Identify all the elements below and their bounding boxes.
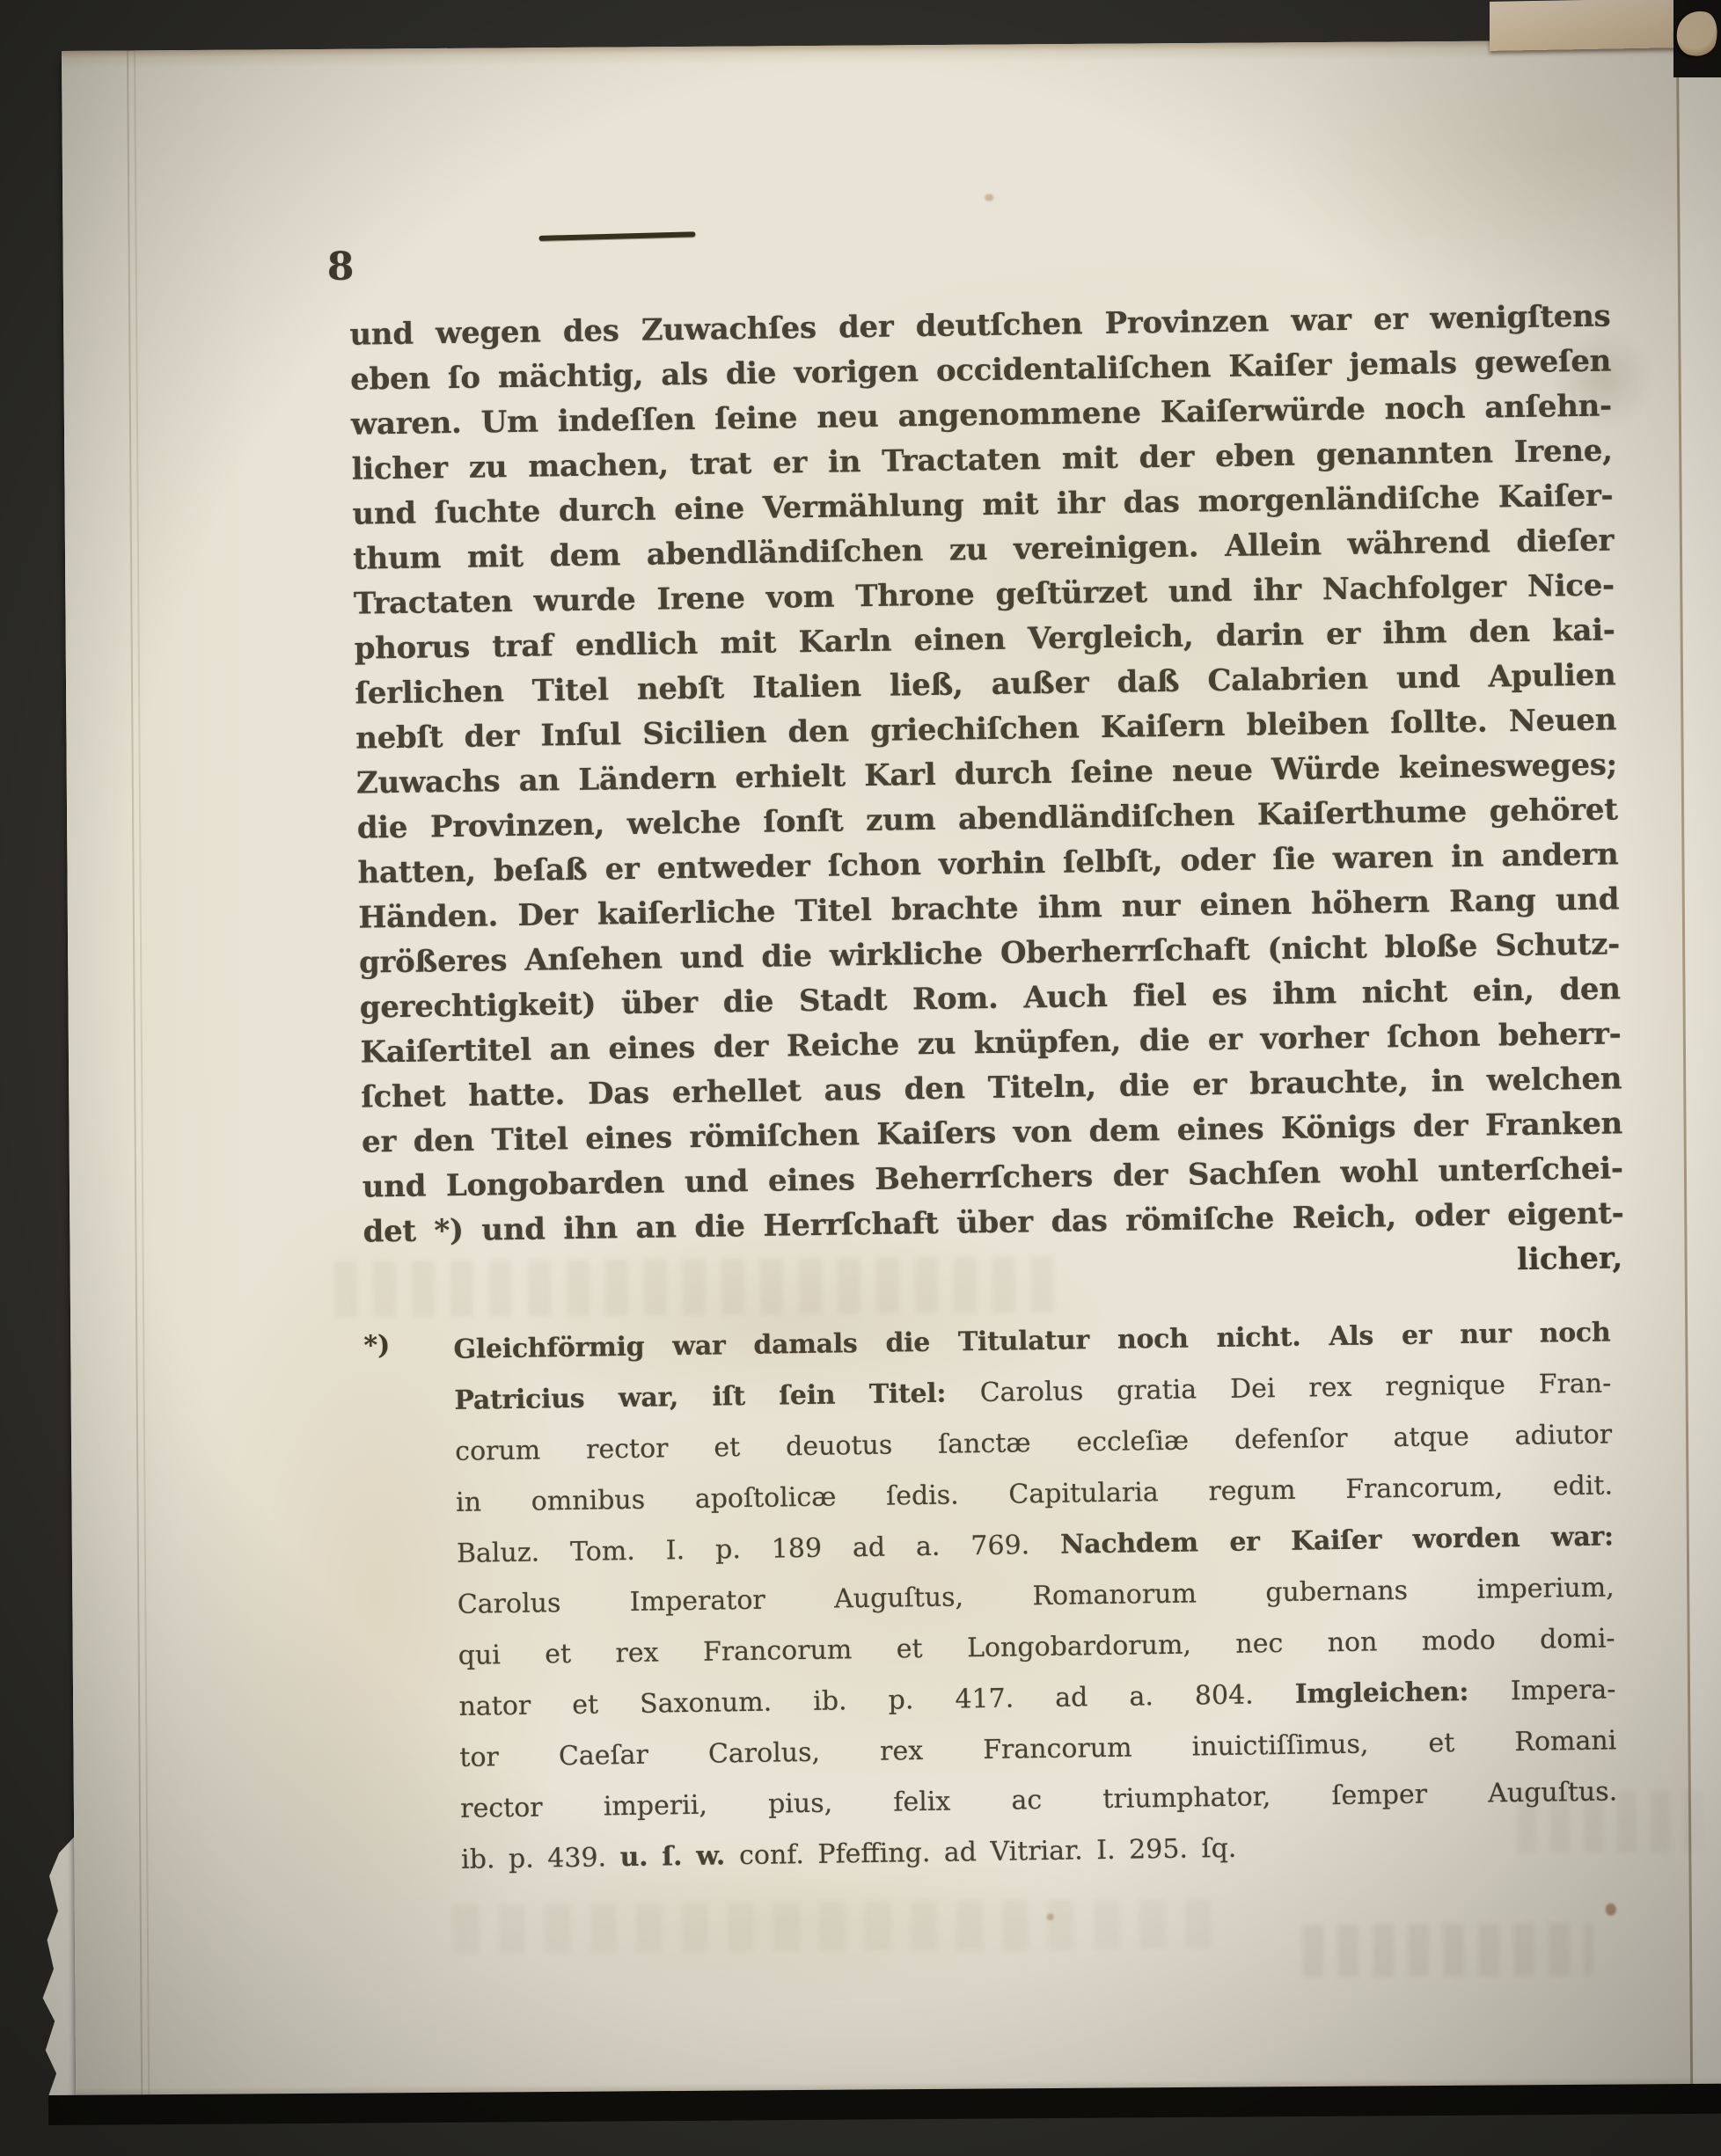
separator-rule bbox=[538, 231, 695, 241]
footnote-segment-antiqua: nator et Saxonum. ib. p. 417. ad a. 804. bbox=[458, 1679, 1295, 1722]
footnote-segment-antiqua: ib. p. 439. bbox=[461, 1842, 620, 1875]
footnote-segment-antiqua: Baluz. Tom. I. p. 189 ad a. 769. bbox=[457, 1530, 1061, 1569]
page-crease-line bbox=[1676, 40, 1693, 2089]
underlying-page-edge bbox=[26, 1830, 81, 2120]
gutter-edge-line bbox=[127, 50, 143, 2100]
footnote-segment-fraktur: Patricius war, iſt ſein Titel: bbox=[454, 1378, 980, 1416]
previous-page-corner bbox=[1490, 0, 1681, 51]
footnote-segment-antiqua: corum rector et deuotus ſanctæ eccleſiæ … bbox=[455, 1419, 1612, 1467]
main-text: und wegen des Zuwachſes der deutſchen Pr… bbox=[349, 294, 1624, 1254]
page-edge-highlight bbox=[1679, 40, 1721, 2089]
page-number: 8 bbox=[327, 245, 355, 289]
gutter-edge-line bbox=[134, 50, 150, 2100]
footnote-segment-antiqua: rector imperii, pius, felix ac triumphat… bbox=[460, 1776, 1617, 1824]
footnote-segment-antiqua: Carolus gratia Dei rex regnique Fran- bbox=[979, 1368, 1611, 1408]
fox-spot-stain bbox=[1606, 1904, 1616, 1916]
footnote-segment-fraktur: Gleichförmig war damals die Titulatur no… bbox=[453, 1317, 1610, 1365]
footnote-lines: Gleichförmig war damals die Titulatur no… bbox=[453, 1308, 1618, 1886]
show-through-stain bbox=[334, 1256, 1065, 1318]
show-through-stain bbox=[1302, 1923, 1593, 1977]
footnote: *) Gleichförmig war damals die Titulatur… bbox=[453, 1308, 1618, 1886]
fox-spot-stain bbox=[1047, 1913, 1054, 1920]
footnote-marker: *) bbox=[363, 1330, 390, 1361]
book-page: 8 und wegen des Zuwachſes der deutſchen … bbox=[62, 40, 1721, 2101]
fox-spot-stain bbox=[985, 194, 993, 201]
footnote-segment-fraktur: Imgleichen: bbox=[1295, 1676, 1512, 1710]
footnote-segment-antiqua: in omnibus apoſtolicæ ſedis. Capitularia… bbox=[456, 1470, 1613, 1518]
footnote-segment-antiqua: conf. Pfeffing. ad Vitriar. I. 295. ſq. bbox=[739, 1833, 1237, 1871]
footnote-segment-fraktur: u. ſ. w. bbox=[619, 1840, 739, 1873]
footnote-segment-antiqua: Carolus Imperator Auguſtus, Romanorum gu… bbox=[458, 1572, 1615, 1620]
footnote-segment-antiqua: tor Caeſar Carolus, rex Francorum inuict… bbox=[459, 1725, 1616, 1773]
scanned-book-page-scene: 8 und wegen des Zuwachſes der deutſchen … bbox=[0, 0, 1721, 2156]
footnote-segment-antiqua: Impera- bbox=[1511, 1674, 1616, 1707]
catchword: licher, bbox=[1517, 1236, 1623, 1283]
show-through-stain bbox=[453, 1899, 1219, 1954]
footnote-segment-fraktur: Nachdem er Kaiſer worden war: bbox=[1060, 1521, 1614, 1560]
footnote-segment-antiqua: qui et rex Francorum et Longobardorum, n… bbox=[458, 1623, 1615, 1671]
